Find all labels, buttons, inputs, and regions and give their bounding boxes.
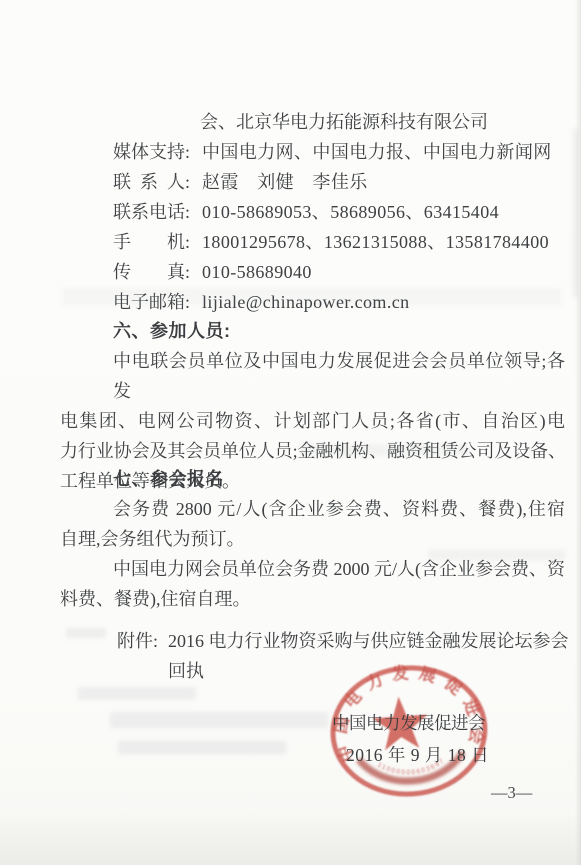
contact-row: 联系电话:010-58689053、58689056、63415404 [60, 197, 565, 227]
contact-label: 联系人 [113, 167, 185, 197]
scan-edge-shade [0, 810, 581, 865]
contact-value: 18001295678、13621315088、13581784400 [202, 232, 549, 252]
contact-block: 会、北京华电力拓能源科技有限公司 媒体支持:中国电力网、中国电力报、中国电力新闻… [60, 107, 565, 317]
participants-line: 电集团、电网公司物资、计划部门人员;各省(市、自治区)电 [60, 406, 565, 436]
bleed-through-artifact [62, 288, 562, 306]
contact-label: 媒体支持 [113, 137, 185, 167]
bleed-through-artifact [78, 687, 196, 700]
attachment-line: 附件:2016 电力行业物资采购与供应链金融发展论坛参会 [60, 626, 565, 656]
contact-row: 联系人:赵霞 刘健 李佳乐 [60, 167, 565, 197]
header-tail-line: 会、北京华电力拓能源科技有限公司 [60, 107, 565, 137]
bleed-through-artifact [66, 628, 106, 638]
attachment-title: 2016 电力行业物资采购与供应链金融发展论坛参会 [168, 631, 569, 651]
bleed-through-artifact [110, 712, 328, 728]
contact-label: 传真 [113, 257, 185, 287]
contact-colon: : [185, 137, 190, 167]
signature-date: 2016 年 9 月 18 日 [346, 743, 489, 767]
contact-value: 010-58689040 [202, 262, 312, 282]
participants-line: 中电联会员单位及中国电力发展促进会会员单位领导;各发 [60, 346, 565, 406]
contact-colon: : [185, 197, 190, 227]
attachment-block: 附件:2016 电力行业物资采购与供应链金融发展论坛参会 回执 [60, 626, 565, 686]
attachment-label: 附件: [117, 631, 158, 651]
contact-value: 赵霞 刘健 李佳乐 [202, 172, 368, 192]
page-number: —3— [491, 783, 532, 803]
scanned-document-page: 会、北京华电力拓能源科技有限公司 媒体支持:中国电力网、中国电力报、中国电力新闻… [0, 0, 581, 865]
scan-edge-shade [575, 0, 581, 865]
contact-row: 传真:010-58689040 [60, 257, 565, 287]
section-heading-registration: 七、参会报名 [60, 464, 565, 494]
bleed-through-artifact [300, 444, 468, 456]
registration-line: 料费、餐费),住宿自理。 [60, 584, 565, 614]
contact-value: 中国电力网、中国电力报、中国电力新闻网 [202, 142, 552, 162]
attachment-line2: 回执 [60, 656, 565, 686]
contact-row: 手机:18001295678、13621315088、13581784400 [60, 227, 565, 257]
contact-colon: : [185, 227, 190, 257]
section-registration: 七、参会报名 会务费 2800 元/人(含企业参会费、资料费、餐费),住宿 自理… [60, 464, 565, 614]
contact-row: 媒体支持:中国电力网、中国电力报、中国电力新闻网 [60, 137, 565, 167]
contact-value: 010-58689053、58689056、63415404 [202, 202, 499, 222]
contact-label: 手机 [113, 227, 185, 257]
contact-colon: : [185, 257, 190, 287]
bleed-through-artifact [428, 549, 566, 561]
signature-org: 中国电力发展促进会 [332, 711, 485, 735]
bleed-through-artifact [118, 741, 286, 754]
contact-colon: : [185, 167, 190, 197]
section-heading-participants: 六、参加人员: [60, 316, 565, 346]
registration-line: 会务费 2800 元/人(含企业参会费、资料费、餐费),住宿 [60, 494, 565, 524]
contact-label: 联系电话 [113, 197, 185, 227]
